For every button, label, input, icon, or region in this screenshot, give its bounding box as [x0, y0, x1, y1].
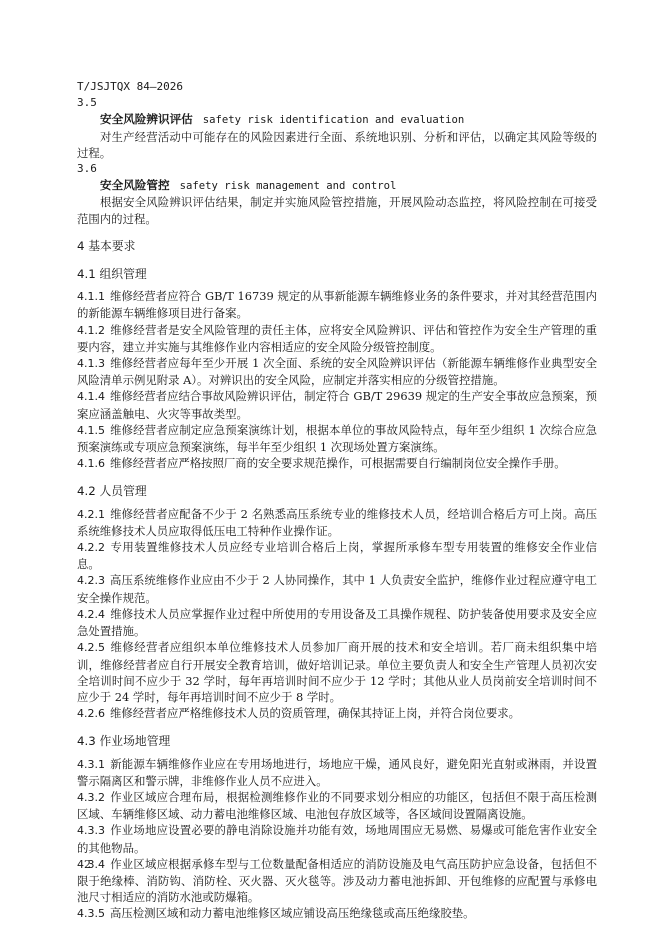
clause-number: 4.2.6: [77, 707, 105, 720]
clause: 4.3.2作业区域应合理布局，根据检测维修作业的不同要求划分相应的功能区，包括但…: [77, 789, 597, 822]
clause: 4.2.1维修经营者应配备不少于 2 名熟悉高压系统专业的维修技术人员，经培训合…: [77, 506, 597, 539]
clause-number: 4.1.4: [77, 390, 105, 403]
clause-text: 高压检测区域和动力蓄电池维修区域应铺设高压绝缘毯或高压绝缘胶垫。: [110, 906, 475, 920]
term-number: 3.5: [77, 95, 597, 111]
clause-number: 4.2.3: [77, 574, 105, 587]
clause-number: 4.3.5: [77, 907, 105, 920]
clause-text: 维修经营者应符合 GB/T 16739 规定的从事新能源车辆维修业务的条件要求，…: [77, 289, 597, 320]
document-page: T/JSJTQX 84—2026 3.5 安全风险辨识评估safety risk…: [77, 79, 597, 923]
clause: 4.2.5维修经营者应组织本单位维修技术人员参加厂商开展的技术和安全培训。若厂商…: [77, 639, 597, 705]
clause-number: 4.1.5: [77, 424, 105, 437]
clause: 4.1.2维修经营者是安全风险管理的责任主体，应将安全风险辨识、评估和管控作为安…: [77, 322, 597, 355]
term-title: 安全风险辨识评估safety risk identification and e…: [77, 111, 597, 128]
term-definition: 对生产经营活动中可能存在的风险因素进行全面、系统地识别、分析和评估，以确定其风险…: [77, 129, 597, 161]
clause-text: 维修经营者是安全风险管理的责任主体，应将安全风险辨识、评估和管控作为安全生产管理…: [77, 323, 597, 354]
clause-text: 维修经营者应制定应急预案演练计划，根据本单位的事故风险特点，每年至少组织 1 次…: [77, 423, 597, 454]
clause: 4.1.5维修经营者应制定应急预案演练计划，根据本单位的事故风险特点，每年至少组…: [77, 422, 597, 455]
section-heading: 4.3 作业场地管理: [77, 733, 597, 749]
clause: 4.2.4维修技术人员应掌握作业过程中所使用的专用设备及工具操作规程、防护装备使…: [77, 606, 597, 639]
section-4-3: 4.3 作业场地管理 4.3.1新能源车辆维修作业应在专用场地进行，场地应干燥，…: [77, 733, 597, 922]
clause-text: 维修经营者应每年至少开展 1 次全面、系统的安全风险辨识评估（新能源车辆维修作业…: [77, 356, 597, 387]
chapter-heading: 4 基本要求: [77, 238, 597, 254]
clause: 4.1.1维修经营者应符合 GB/T 16739 规定的从事新能源车辆维修业务的…: [77, 288, 597, 321]
clause-text: 专用装置维修技术人员应经专业培训合格后上岗，掌握所承修车型专用装置的维修安全作业…: [77, 540, 597, 571]
clause: 4.1.3维修经营者应每年至少开展 1 次全面、系统的安全风险辨识评估（新能源车…: [77, 355, 597, 388]
term-zh: 安全风险辨识评估: [100, 112, 193, 126]
term-zh: 安全风险管控: [100, 178, 170, 192]
clause-number: 4.1.2: [77, 324, 105, 337]
clause-number: 4.3.1: [77, 758, 105, 771]
clause-text: 维修经营者应严格维修技术人员的资质管理，确保其持证上岗，并符合岗位要求。: [110, 706, 520, 720]
clause-text: 维修经营者应配备不少于 2 名熟悉高压系统专业的维修技术人员，经培训合格后方可上…: [77, 507, 597, 538]
clause-text: 作业区域应根据承修车型与工位数量配备相适应的消防设施及电气高压防护应急设备，包括…: [77, 857, 597, 904]
clause: 4.2.2专用装置维修技术人员应经专业培训合格后上岗，掌握所承修车型专用装置的维…: [77, 539, 597, 572]
term-definition: 根据安全风险辨识评估结果，制定并实施风险管控措施，开展风险动态监控，将风险控制在…: [77, 194, 597, 226]
clause: 4.3.4作业区域应根据承修车型与工位数量配备相适应的消防设施及电气高压防护应急…: [77, 856, 597, 906]
clause: 4.3.3作业场地应设置必要的静电消除设施并功能有效，场地周围应无易燃、易爆或可…: [77, 822, 597, 855]
section-4-2: 4.2 人员管理 4.2.1维修经营者应配备不少于 2 名熟悉高压系统专业的维修…: [77, 483, 597, 722]
term-3-6: 3.6 安全风险管控safety risk management and con…: [77, 161, 597, 227]
clause-number: 4.1.1: [77, 290, 105, 303]
clause: 4.1.4维修经营者应结合事故风险辨识评估，制定符合 GB/T 29639 规定…: [77, 388, 597, 421]
section-heading: 4.2 人员管理: [77, 483, 597, 499]
clause-text: 维修经营者应结合事故风险辨识评估，制定符合 GB/T 29639 规定的生产安全…: [77, 389, 597, 420]
section-4-1: 4.1 组织管理 4.1.1维修经营者应符合 GB/T 16739 规定的从事新…: [77, 266, 597, 472]
clause-text: 作业场地应设置必要的静电消除设施并功能有效，场地周围应无易燃、易爆或可能危害作业…: [77, 823, 597, 854]
clause-number: 4.3.2: [77, 791, 105, 804]
clause-number: 4.1.3: [77, 357, 105, 370]
clause-number: 4.2.1: [77, 508, 105, 521]
term-number: 3.6: [77, 161, 597, 177]
term-3-5: 3.5 安全风险辨识评估safety risk identification a…: [77, 95, 597, 161]
clause: 4.3.1新能源车辆维修作业应在专用场地进行，场地应干燥，通风良好，避免阳光直射…: [77, 756, 597, 789]
clause-number: 4.3.4: [77, 858, 105, 871]
term-title: 安全风险管控safety risk management and control: [77, 177, 597, 194]
clause-text: 维修经营者应组织本单位维修技术人员参加厂商开展的技术和安全培训。若厂商未组织集中…: [77, 640, 597, 704]
clause-number: 4.2.4: [77, 608, 105, 621]
term-en: safety risk management and control: [180, 180, 397, 192]
page-number: 2: [84, 858, 91, 871]
section-heading: 4.1 组织管理: [77, 266, 597, 282]
clause: 4.2.3高压系统维修作业应由不少于 2 人协同操作，其中 1 人负责安全监护，…: [77, 572, 597, 605]
clause-number: 4.3.3: [77, 824, 105, 837]
clause: 4.2.6维修经营者应严格维修技术人员的资质管理，确保其持证上岗，并符合岗位要求…: [77, 705, 597, 722]
clause-number: 4.2.5: [77, 641, 105, 654]
document-code: T/JSJTQX 84—2026: [77, 79, 597, 95]
clause-text: 维修经营者应严格按照厂商的安全要求规范操作，可根据需要自行编制岗位安全操作手册。: [110, 456, 566, 470]
clause-text: 新能源车辆维修作业应在专用场地进行，场地应干燥，通风良好，避免阳光直射或淋雨，并…: [77, 757, 597, 788]
clause-text: 作业区域应合理布局，根据检测维修作业的不同要求划分相应的功能区，包括但不限于高压…: [77, 790, 597, 821]
clause-text: 高压系统维修作业应由不少于 2 人协同操作，其中 1 人负责安全监护，维修作业过…: [77, 573, 597, 604]
clause: 4.1.6维修经营者应严格按照厂商的安全要求规范操作，可根据需要自行编制岗位安全…: [77, 455, 597, 472]
clause-number: 4.2.2: [77, 541, 105, 554]
term-en: safety risk identification and evaluatio…: [203, 114, 465, 126]
clause-text: 维修技术人员应掌握作业过程中所使用的专用设备及工具操作规程、防护装备使用要求及安…: [77, 607, 597, 638]
clause-number: 4.1.6: [77, 457, 105, 470]
clause: 4.3.5高压检测区域和动力蓄电池维修区域应铺设高压绝缘毯或高压绝缘胶垫。: [77, 905, 597, 922]
